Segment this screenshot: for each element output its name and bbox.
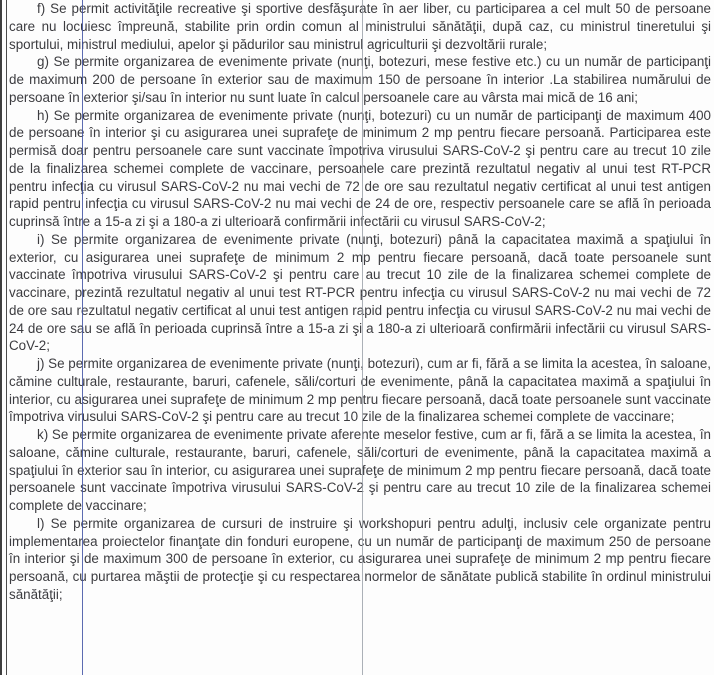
paragraph-l: l) Se permite organizarea de cursuri de … <box>9 515 711 604</box>
document-page: f) Se permit activităţile recreative şi … <box>0 0 714 675</box>
paragraph-h: h) Se permite organizarea de evenimente … <box>9 107 711 231</box>
paragraph-i: i) Se permite organizarea de evenimente … <box>9 231 711 355</box>
document-text-block: f) Se permit activităţile recreative şi … <box>9 0 711 604</box>
paragraph-f: f) Se permit activităţile recreative şi … <box>9 0 711 53</box>
paragraph-k: k) Se permite organizarea de evenimente … <box>9 426 711 515</box>
paragraph-g: g) Se permite organizarea de evenimente … <box>9 53 711 106</box>
paragraph-j: j) Se permite organizarea de evenimente … <box>9 355 711 426</box>
left-border-inner-line <box>6 0 7 675</box>
left-border-outer-line <box>0 0 2 675</box>
